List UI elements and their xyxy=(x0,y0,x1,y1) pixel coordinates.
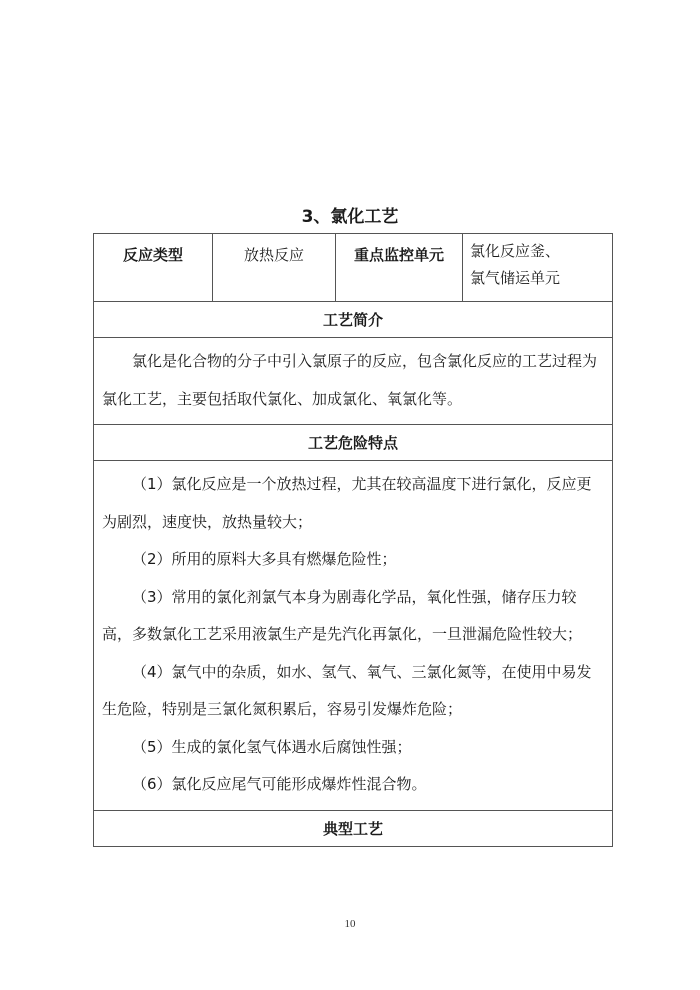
hazards-body: （1）氯化反应是一个放热过程，尤其在较高温度下进行氯化，反应更为剧烈，速度快，放… xyxy=(94,461,613,811)
section-title: 3、氯化工艺 xyxy=(0,202,700,227)
reaction-type-value: 放热反应 xyxy=(213,234,336,302)
hazard-item-2: （2）所用的原料大多具有燃爆危险性； xyxy=(102,541,604,579)
key-unit-label: 重点监控单元 xyxy=(336,234,463,302)
hazards-header-row: 工艺危险特点 xyxy=(94,425,613,461)
typical-header: 典型工艺 xyxy=(94,810,613,846)
hazard-item-5: （5）生成的氯化氢气体遇水后腐蚀性强； xyxy=(102,729,604,767)
page-number: 10 xyxy=(0,918,700,930)
key-unit-value: 氯化反应釜、 氯气储运单元 xyxy=(463,234,613,302)
intro-body: 氯化是化合物的分子中引入氯原子的反应，包含氯化反应的工艺过程为氯化工艺，主要包括… xyxy=(94,338,613,425)
hazards-body-row: （1）氯化反应是一个放热过程，尤其在较高温度下进行氯化，反应更为剧烈，速度快，放… xyxy=(94,461,613,811)
hazard-item-6: （6）氯化反应尾气可能形成爆炸性混合物。 xyxy=(102,766,604,804)
key-unit-value-line1: 氯化反应釜、 xyxy=(470,238,612,265)
intro-header-row: 工艺简介 xyxy=(94,302,613,338)
key-unit-value-line2: 氯气储运单元 xyxy=(470,265,612,292)
hazard-item-1: （1）氯化反应是一个放热过程，尤其在较高温度下进行氯化，反应更为剧烈，速度快，放… xyxy=(102,466,604,541)
info-row: 反应类型 放热反应 重点监控单元 氯化反应釜、 氯气储运单元 xyxy=(94,234,613,302)
hazard-item-3: （3）常用的氯化剂氯气本身为剧毒化学品，氧化性强，储存压力较高，多数氯化工艺采用… xyxy=(102,579,604,654)
process-table: 反应类型 放热反应 重点监控单元 氯化反应釜、 氯气储运单元 工艺简介 氯化是化… xyxy=(93,233,613,847)
intro-header: 工艺简介 xyxy=(94,302,613,338)
hazard-item-4: （4）氯气中的杂质，如水、氢气、氧气、三氯化氮等，在使用中易发生危险，特别是三氯… xyxy=(102,654,604,729)
intro-text: 氯化是化合物的分子中引入氯原子的反应，包含氯化反应的工艺过程为氯化工艺，主要包括… xyxy=(102,343,604,418)
reaction-type-label: 反应类型 xyxy=(94,234,213,302)
intro-body-row: 氯化是化合物的分子中引入氯原子的反应，包含氯化反应的工艺过程为氯化工艺，主要包括… xyxy=(94,338,613,425)
typical-header-row: 典型工艺 xyxy=(94,810,613,846)
hazards-header: 工艺危险特点 xyxy=(94,425,613,461)
